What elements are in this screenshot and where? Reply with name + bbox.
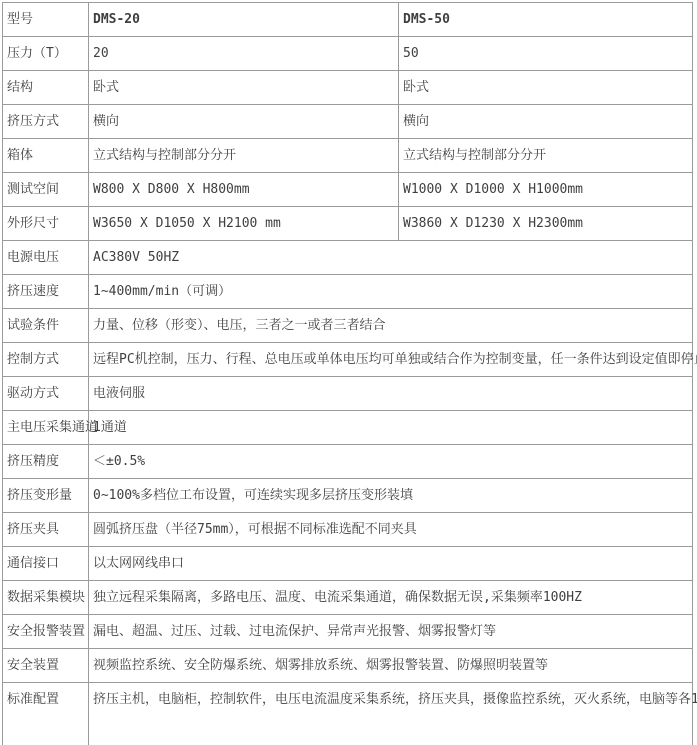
table-row: 压力（T）2050	[3, 37, 693, 71]
row-label: 外形尺寸	[3, 207, 89, 241]
row-label: 标准配置	[3, 683, 89, 745]
table-row: 电源电压AC380V 50HZ	[3, 241, 693, 275]
row-value: 挤压主机，电脑柜，控制软件，电压电流温度采集系统，挤压夹具，摄像监控系统，灭火系…	[89, 683, 693, 745]
product-spec-table: 型号DMS-20DMS-50压力（T）2050结构卧式卧式挤压方式横向横向箱体立…	[2, 2, 693, 745]
row-value: 50	[399, 37, 693, 71]
table-row: 通信接口以太网网线串口	[3, 547, 693, 581]
row-value: W1000 X D1000 X H1000mm	[399, 173, 693, 207]
table-row: 挤压方式横向横向	[3, 105, 693, 139]
row-label: 控制方式	[3, 343, 89, 377]
table-row: 安全报警装置漏电、超温、过压、过载、过电流保护、异常声光报警、烟雾报警灯等	[3, 615, 693, 649]
row-label: 挤压速度	[3, 275, 89, 309]
table-row: 外形尺寸W3650 X D1050 X H2100 mmW3860 X D123…	[3, 207, 693, 241]
row-value: 视频监控系统、安全防爆系统、烟雾排放系统、烟雾报警装置、防爆照明装置等	[89, 649, 693, 683]
row-label: 挤压精度	[3, 445, 89, 479]
row-value: 20	[89, 37, 399, 71]
spec-table-body: 型号DMS-20DMS-50压力（T）2050结构卧式卧式挤压方式横向横向箱体立…	[3, 3, 693, 745]
row-value: ＜±0.5%	[89, 445, 693, 479]
row-value: 漏电、超温、过压、过载、过电流保护、异常声光报警、烟雾报警灯等	[89, 615, 693, 649]
table-row: 箱体立式结构与控制部分分开立式结构与控制部分分开	[3, 139, 693, 173]
row-value: 立式结构与控制部分分开	[399, 139, 693, 173]
row-value: 以太网网线串口	[89, 547, 693, 581]
table-row: 试验条件力量、位移（形变）、电压，三者之一或者三者结合	[3, 309, 693, 343]
table-row: 挤压精度＜±0.5%	[3, 445, 693, 479]
row-label: 安全装置	[3, 649, 89, 683]
row-value: W800 X D800 X H800mm	[89, 173, 399, 207]
row-label: 结构	[3, 71, 89, 105]
table-row: 型号DMS-20DMS-50	[3, 3, 693, 37]
row-value: AC380V 50HZ	[89, 241, 693, 275]
table-row: 控制方式远程PC机控制，压力、行程、总电压或单体电压均可单独或结合作为控制变量，…	[3, 343, 693, 377]
row-value: 0~100%多档位工布设置，可连续实现多层挤压变形装填	[89, 479, 693, 513]
row-label: 主电压采集通道	[3, 411, 89, 445]
row-value: DMS-50	[399, 3, 693, 37]
table-row: 挤压速度1~400mm/min（可调）	[3, 275, 693, 309]
table-row: 标准配置挤压主机，电脑柜，控制软件，电压电流温度采集系统，挤压夹具，摄像监控系统…	[3, 683, 693, 745]
table-row: 结构卧式卧式	[3, 71, 693, 105]
row-value: 圆弧挤压盘（半径75mm），可根据不同标准选配不同夹具	[89, 513, 693, 547]
table-row: 挤压夹具圆弧挤压盘（半径75mm），可根据不同标准选配不同夹具	[3, 513, 693, 547]
row-value: 横向	[399, 105, 693, 139]
row-value: 独立远程采集隔离，多路电压、温度、电流采集通道，确保数据无误,采集频率100HZ	[89, 581, 693, 615]
row-value: 立式结构与控制部分分开	[89, 139, 399, 173]
table-row: 主电压采集通道1通道	[3, 411, 693, 445]
row-label: 安全报警装置	[3, 615, 89, 649]
row-label: 箱体	[3, 139, 89, 173]
row-value: 卧式	[89, 71, 399, 105]
row-label: 压力（T）	[3, 37, 89, 71]
table-row: 挤压变形量0~100%多档位工布设置，可连续实现多层挤压变形装填	[3, 479, 693, 513]
row-label: 挤压夹具	[3, 513, 89, 547]
row-value: 远程PC机控制，压力、行程、总电压或单体电压均可单独或结合作为控制变量，任一条件…	[89, 343, 693, 377]
table-row: 数据采集模块独立远程采集隔离，多路电压、温度、电流采集通道，确保数据无误,采集频…	[3, 581, 693, 615]
row-label: 型号	[3, 3, 89, 37]
row-value: 1通道	[89, 411, 693, 445]
row-value: 卧式	[399, 71, 693, 105]
row-label: 试验条件	[3, 309, 89, 343]
row-value: 横向	[89, 105, 399, 139]
row-label: 挤压变形量	[3, 479, 89, 513]
row-value: 电液伺服	[89, 377, 693, 411]
row-value: 力量、位移（形变）、电压，三者之一或者三者结合	[89, 309, 693, 343]
table-row: 安全装置视频监控系统、安全防爆系统、烟雾排放系统、烟雾报警装置、防爆照明装置等	[3, 649, 693, 683]
row-label: 数据采集模块	[3, 581, 89, 615]
row-label: 挤压方式	[3, 105, 89, 139]
table-row: 驱动方式电液伺服	[3, 377, 693, 411]
row-value: 1~400mm/min（可调）	[89, 275, 693, 309]
row-label: 驱动方式	[3, 377, 89, 411]
row-label: 通信接口	[3, 547, 89, 581]
row-value: W3650 X D1050 X H2100 mm	[89, 207, 399, 241]
row-value: W3860 X D1230 X H2300mm	[399, 207, 693, 241]
row-label: 电源电压	[3, 241, 89, 275]
row-value: DMS-20	[89, 3, 399, 37]
table-row: 测试空间W800 X D800 X H800mmW1000 X D1000 X …	[3, 173, 693, 207]
row-label: 测试空间	[3, 173, 89, 207]
